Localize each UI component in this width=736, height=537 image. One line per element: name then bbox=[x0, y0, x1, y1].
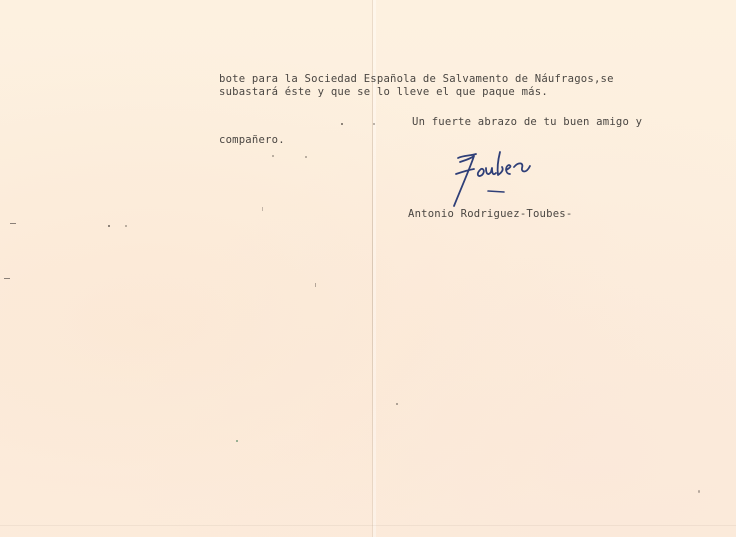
ink-speck bbox=[305, 156, 307, 158]
body-line-1: bote para la Sociedad Española de Salvam… bbox=[219, 72, 614, 86]
ink-speck bbox=[125, 225, 127, 227]
ink-speck bbox=[396, 403, 398, 405]
letter-page: bote para la Sociedad Española de Salvam… bbox=[0, 0, 736, 537]
ink-speck bbox=[272, 155, 274, 157]
ink-speck bbox=[236, 440, 238, 442]
closing-line-1: Un fuerte abrazo de tu buen amigo y bbox=[412, 115, 642, 129]
ink-speck bbox=[373, 123, 375, 125]
ink-speck bbox=[698, 490, 700, 493]
ink-speck bbox=[108, 225, 110, 227]
closing-line-2: compañero. bbox=[219, 133, 285, 147]
margin-tick bbox=[10, 223, 16, 224]
body-line-2: subastará éste y que se lo lleve el que … bbox=[219, 85, 548, 99]
ink-speck bbox=[315, 283, 316, 287]
handwritten-signature bbox=[440, 148, 580, 208]
margin-tick bbox=[4, 278, 10, 279]
ink-speck bbox=[341, 123, 343, 125]
ink-speck bbox=[262, 207, 263, 211]
typed-signature-name: Antonio Rodriguez-Toubes- bbox=[408, 207, 572, 221]
paper-edge bbox=[0, 525, 736, 526]
